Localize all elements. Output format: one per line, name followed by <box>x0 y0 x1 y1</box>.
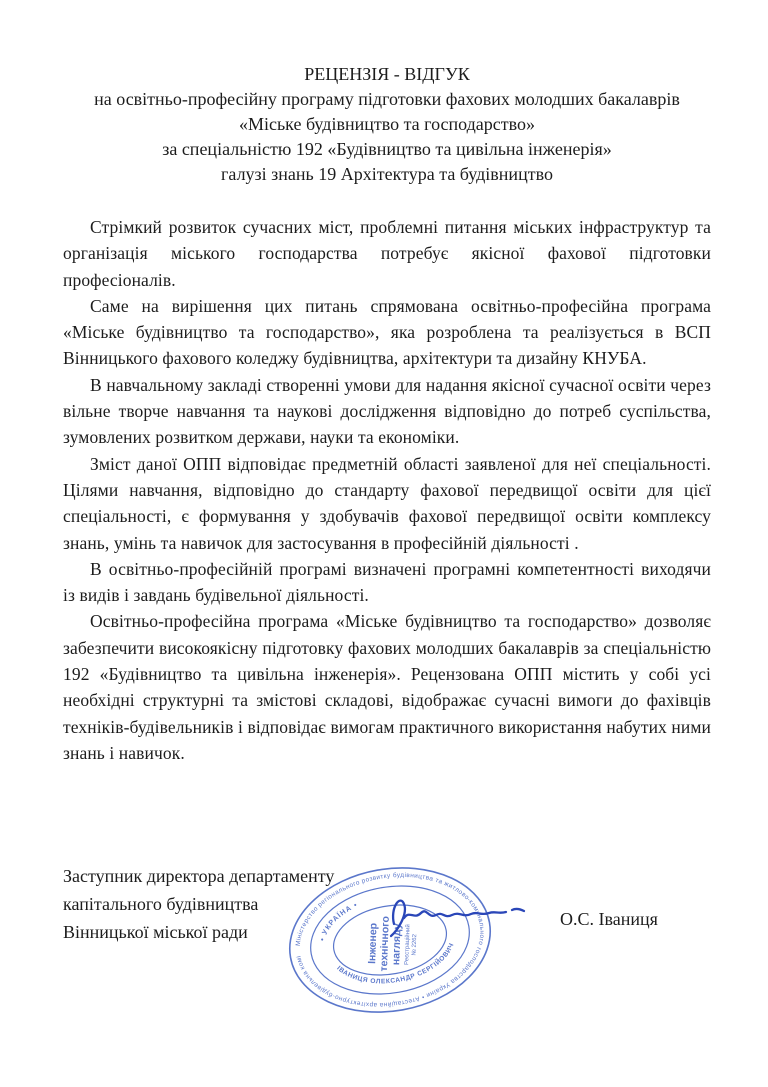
document-title: РЕЦЕНЗІЯ - ВІДГУК <box>63 62 711 87</box>
body-paragraph: Зміст даної ОПП відповідає предметній об… <box>63 451 711 556</box>
title-subline-1: на освітньо-професійну програму підготов… <box>63 87 711 112</box>
title-subline-2: «Міське будівництво та господарство» <box>63 112 711 137</box>
title-subline-4: галузі знань 19 Архітектура та будівницт… <box>63 162 711 187</box>
body-paragraph: Саме на вирішення цих питань спрямована … <box>63 293 711 372</box>
title-subline-3: за спеціальністю 192 «Будівництво та цив… <box>63 137 711 162</box>
signature-block: Заступник директора департаменту капітал… <box>63 862 711 1042</box>
title-block: РЕЦЕНЗІЯ - ВІДГУК на освітньо-професійну… <box>63 62 711 187</box>
handwritten-signature <box>378 888 538 948</box>
body-paragraph: Стрімкий розвиток сучасних міст, проблем… <box>63 214 711 293</box>
scanned-review-letter: РЕЦЕНЗІЯ - ВІДГУК на освітньо-професійну… <box>0 0 768 1087</box>
letter-content: РЕЦЕНЗІЯ - ВІДГУК на освітньо-професійну… <box>63 62 711 766</box>
body-paragraph: В навчальному закладі створенні умови дл… <box>63 372 711 451</box>
letter-body: Стрімкий розвиток сучасних міст, проблем… <box>63 214 711 766</box>
signer-name: О.С. Іваниця <box>560 909 658 930</box>
body-paragraph: В освітньо-професійній програмі визначен… <box>63 556 711 609</box>
body-paragraph: Освітньо-професійна програма «Міське буд… <box>63 608 711 766</box>
